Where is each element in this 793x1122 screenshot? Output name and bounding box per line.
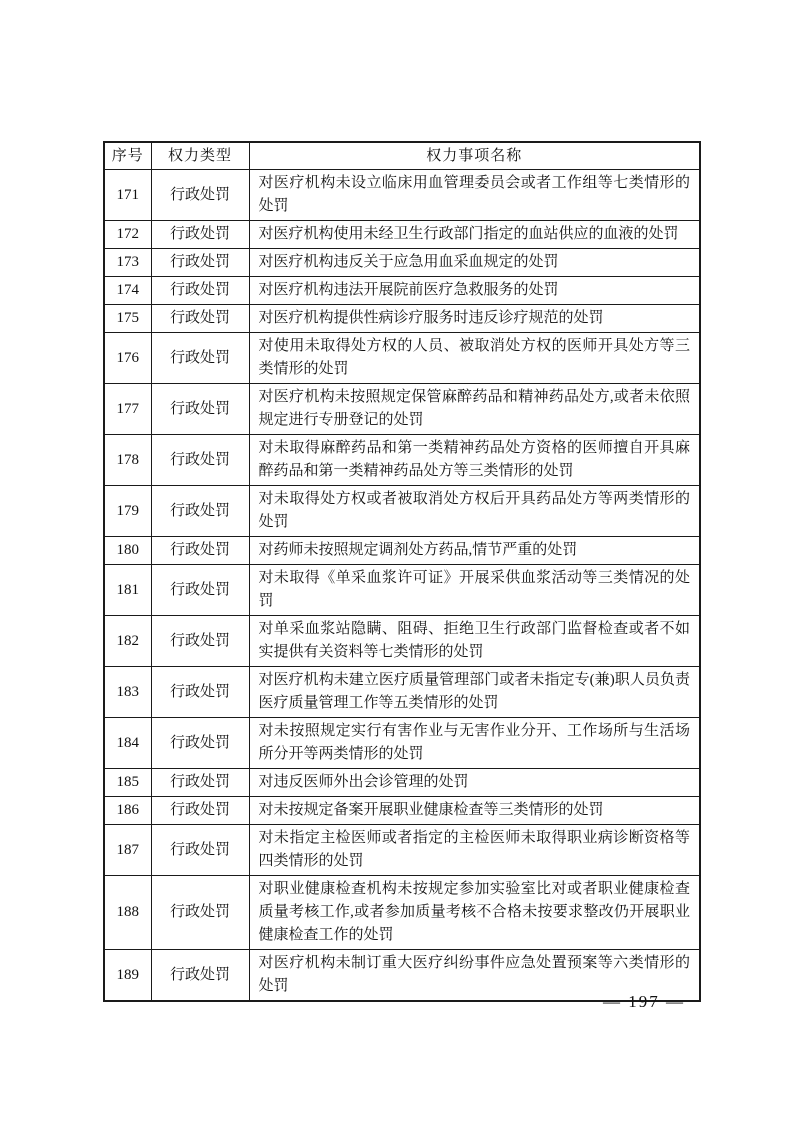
table-header-row: 序号 权力类型 权力事项名称 — [104, 142, 700, 170]
table-row: 172行政处罚对医疗机构使用未经卫生行政部门指定的血站供应的血液的处罚 — [104, 221, 700, 249]
row-serial-number: 183 — [104, 667, 151, 718]
row-power-type: 行政处罚 — [151, 667, 249, 718]
row-serial-number: 173 — [104, 249, 151, 277]
row-serial-number: 186 — [104, 797, 151, 825]
table-row: 176行政处罚对使用未取得处方权的人员、被取消处方权的医师开具处方等三类情形的处… — [104, 333, 700, 384]
row-power-type: 行政处罚 — [151, 876, 249, 950]
row-serial-number: 189 — [104, 950, 151, 1002]
row-power-type: 行政处罚 — [151, 435, 249, 486]
row-power-item-name: 对医疗机构未按照规定保管麻醉药品和精神药品处方,或者未依照规定进行专册登记的处罚 — [249, 384, 700, 435]
row-power-item-name: 对未按规定备案开展职业健康检查等三类情形的处罚 — [249, 797, 700, 825]
row-power-item-name: 对单采血浆站隐瞒、阻碍、拒绝卫生行政部门监督检查或者不如实提供有关资料等七类情形… — [249, 616, 700, 667]
row-serial-number: 181 — [104, 565, 151, 616]
row-power-type: 行政处罚 — [151, 277, 249, 305]
row-power-item-name: 对医疗机构使用未经卫生行政部门指定的血站供应的血液的处罚 — [249, 221, 700, 249]
row-serial-number: 176 — [104, 333, 151, 384]
table-row: 186行政处罚对未按规定备案开展职业健康检查等三类情形的处罚 — [104, 797, 700, 825]
row-power-type: 行政处罚 — [151, 769, 249, 797]
row-power-type: 行政处罚 — [151, 825, 249, 876]
row-power-item-name: 对医疗机构未设立临床用血管理委员会或者工作组等七类情形的处罚 — [249, 170, 700, 221]
row-serial-number: 184 — [104, 718, 151, 769]
row-power-type: 行政处罚 — [151, 221, 249, 249]
authority-items-table: 序号 权力类型 权力事项名称 171行政处罚对医疗机构未设立临床用血管理委员会或… — [103, 141, 701, 1002]
table-row: 185行政处罚对违反医师外出会诊管理的处罚 — [104, 769, 700, 797]
row-power-item-name: 对未指定主检医师或者指定的主检医师未取得职业病诊断资格等四类情形的处罚 — [249, 825, 700, 876]
row-serial-number: 174 — [104, 277, 151, 305]
row-power-item-name: 对使用未取得处方权的人员、被取消处方权的医师开具处方等三类情形的处罚 — [249, 333, 700, 384]
row-power-item-name: 对医疗机构提供性病诊疗服务时违反诊疗规范的处罚 — [249, 305, 700, 333]
page-number: — 197 — — [603, 992, 685, 1012]
row-power-item-name: 对未取得《单采血浆许可证》开展采供血浆活动等三类情况的处罚 — [249, 565, 700, 616]
table-body: 171行政处罚对医疗机构未设立临床用血管理委员会或者工作组等七类情形的处罚172… — [104, 170, 700, 1002]
table-row: 180行政处罚对药师未按照规定调剂处方药品,情节严重的处罚 — [104, 537, 700, 565]
row-power-type: 行政处罚 — [151, 537, 249, 565]
row-power-type: 行政处罚 — [151, 718, 249, 769]
row-serial-number: 172 — [104, 221, 151, 249]
row-serial-number: 180 — [104, 537, 151, 565]
row-power-type: 行政处罚 — [151, 486, 249, 537]
row-power-item-name: 对未取得处方权或者被取消处方权后开具药品处方等两类情形的处罚 — [249, 486, 700, 537]
row-serial-number: 171 — [104, 170, 151, 221]
table-row: 179行政处罚对未取得处方权或者被取消处方权后开具药品处方等两类情形的处罚 — [104, 486, 700, 537]
row-power-type: 行政处罚 — [151, 384, 249, 435]
row-power-item-name: 对医疗机构违反关于应急用血采血规定的处罚 — [249, 249, 700, 277]
table-row: 184行政处罚对未按照规定实行有害作业与无害作业分开、工作场所与生活场所分开等两… — [104, 718, 700, 769]
row-serial-number: 182 — [104, 616, 151, 667]
row-power-item-name: 对违反医师外出会诊管理的处罚 — [249, 769, 700, 797]
row-power-item-name: 对药师未按照规定调剂处方药品,情节严重的处罚 — [249, 537, 700, 565]
table-row: 183行政处罚对医疗机构未建立医疗质量管理部门或者未指定专(兼)职人员负责医疗质… — [104, 667, 700, 718]
row-power-item-name: 对未按照规定实行有害作业与无害作业分开、工作场所与生活场所分开等两类情形的处罚 — [249, 718, 700, 769]
row-serial-number: 177 — [104, 384, 151, 435]
table-row: 188行政处罚对职业健康检查机构未按规定参加实验室比对或者职业健康检查质量考核工… — [104, 876, 700, 950]
row-serial-number: 175 — [104, 305, 151, 333]
table-row: 173行政处罚对医疗机构违反关于应急用血采血规定的处罚 — [104, 249, 700, 277]
row-power-type: 行政处罚 — [151, 797, 249, 825]
column-header-serial-number: 序号 — [104, 142, 151, 170]
row-power-item-name: 对医疗机构未建立医疗质量管理部门或者未指定专(兼)职人员负责医疗质量管理工作等五… — [249, 667, 700, 718]
row-power-type: 行政处罚 — [151, 249, 249, 277]
column-header-power-type: 权力类型 — [151, 142, 249, 170]
row-power-type: 行政处罚 — [151, 950, 249, 1002]
row-serial-number: 187 — [104, 825, 151, 876]
row-power-item-name: 对医疗机构违法开展院前医疗急救服务的处罚 — [249, 277, 700, 305]
row-serial-number: 188 — [104, 876, 151, 950]
row-serial-number: 179 — [104, 486, 151, 537]
table-row: 175行政处罚对医疗机构提供性病诊疗服务时违反诊疗规范的处罚 — [104, 305, 700, 333]
table-row: 171行政处罚对医疗机构未设立临床用血管理委员会或者工作组等七类情形的处罚 — [104, 170, 700, 221]
row-power-type: 行政处罚 — [151, 565, 249, 616]
table-row: 182行政处罚对单采血浆站隐瞒、阻碍、拒绝卫生行政部门监督检查或者不如实提供有关… — [104, 616, 700, 667]
table-row: 178行政处罚对未取得麻醉药品和第一类精神药品处方资格的医师擅自开具麻醉药品和第… — [104, 435, 700, 486]
row-power-type: 行政处罚 — [151, 616, 249, 667]
row-power-type: 行政处罚 — [151, 333, 249, 384]
table-row: 187行政处罚对未指定主检医师或者指定的主检医师未取得职业病诊断资格等四类情形的… — [104, 825, 700, 876]
table-row: 181行政处罚对未取得《单采血浆许可证》开展采供血浆活动等三类情况的处罚 — [104, 565, 700, 616]
column-header-power-item-name: 权力事项名称 — [249, 142, 700, 170]
row-power-type: 行政处罚 — [151, 170, 249, 221]
row-serial-number: 185 — [104, 769, 151, 797]
row-serial-number: 178 — [104, 435, 151, 486]
row-power-item-name: 对职业健康检查机构未按规定参加实验室比对或者职业健康检查质量考核工作,或者参加质… — [249, 876, 700, 950]
row-power-type: 行政处罚 — [151, 305, 249, 333]
table-row: 174行政处罚对医疗机构违法开展院前医疗急救服务的处罚 — [104, 277, 700, 305]
row-power-item-name: 对未取得麻醉药品和第一类精神药品处方资格的医师擅自开具麻醉药品和第一类精神药品处… — [249, 435, 700, 486]
table-row: 177行政处罚对医疗机构未按照规定保管麻醉药品和精神药品处方,或者未依照规定进行… — [104, 384, 700, 435]
